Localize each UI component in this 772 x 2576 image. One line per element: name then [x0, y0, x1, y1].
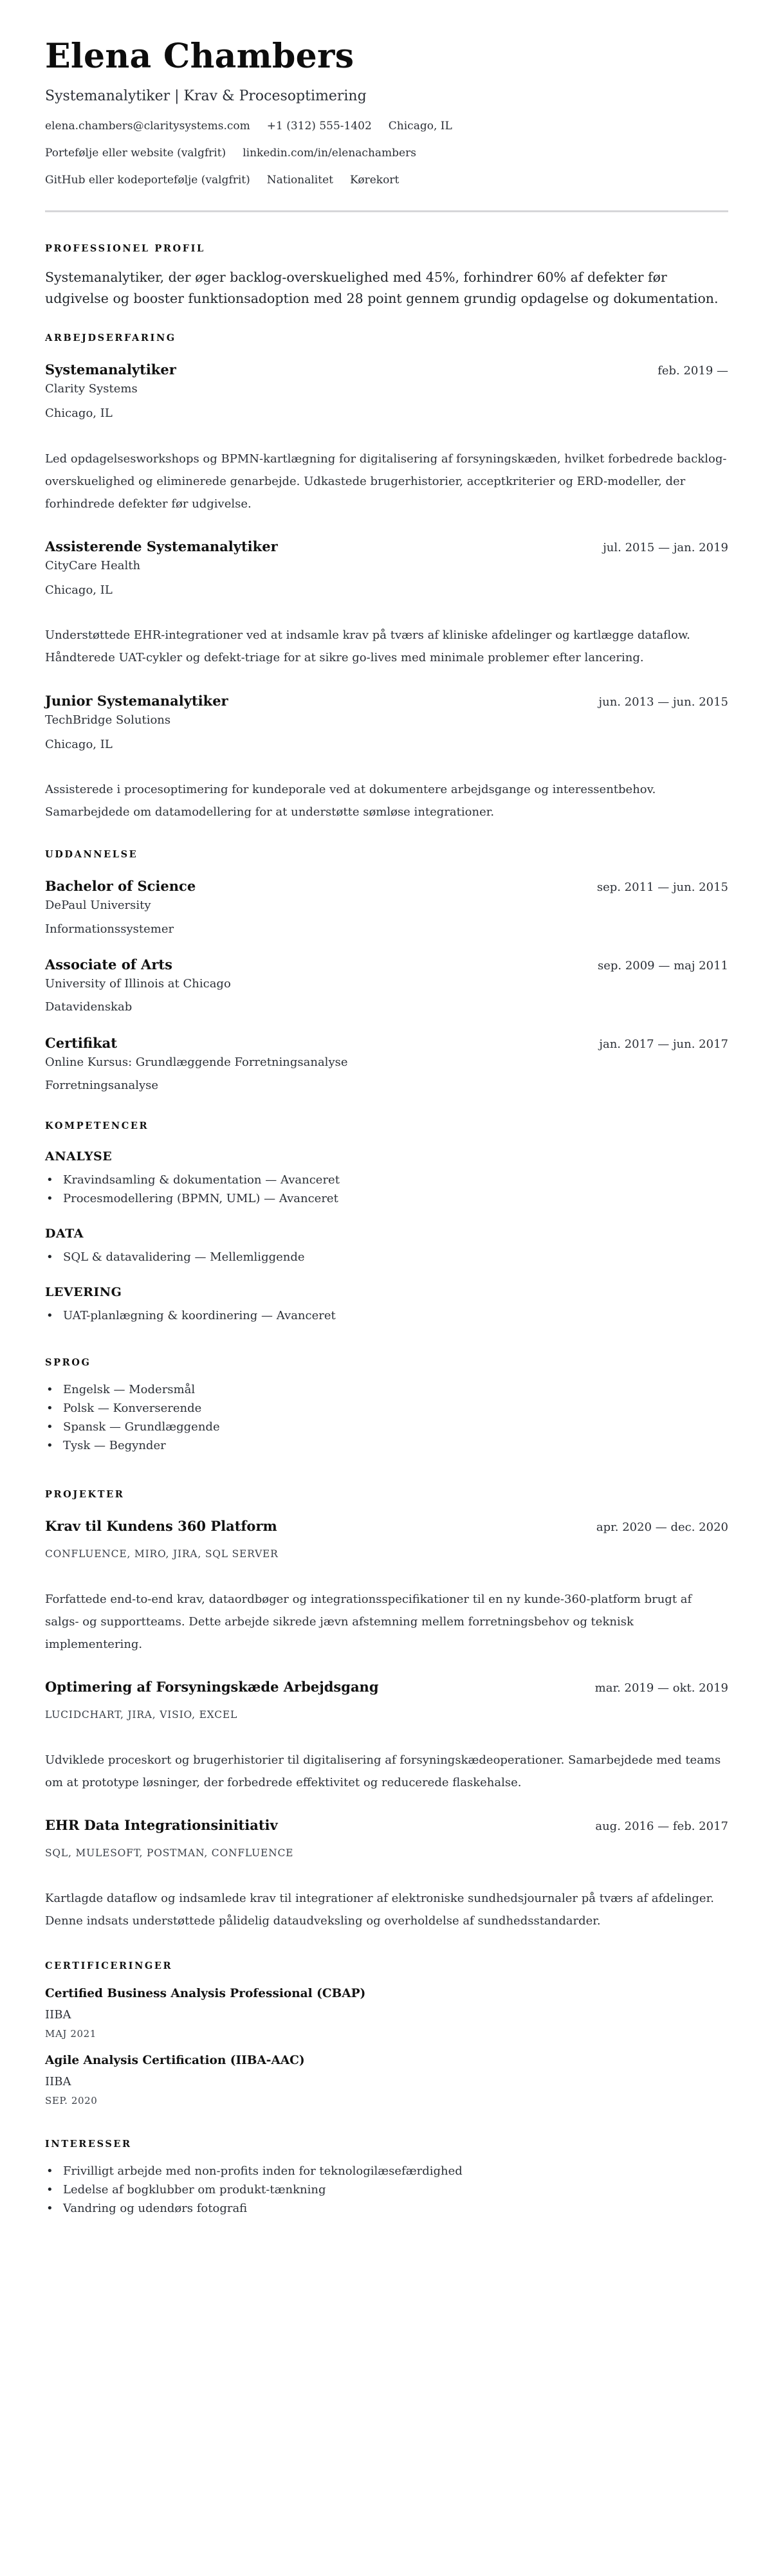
skill-group-title: ANALYSE: [45, 1149, 728, 1164]
field-of-study: Informationssystemer: [45, 922, 728, 937]
job-date: jul. 2015 — jan. 2019: [603, 541, 728, 554]
header-divider: [45, 210, 728, 212]
experience-section: ARBEJDSERFARING Systemanalytiker feb. 20…: [45, 333, 728, 823]
job-entry: Assisterende Systemanalytiker jul. 2015 …: [45, 538, 728, 670]
project-date: mar. 2019 — okt. 2019: [595, 1681, 728, 1695]
certification-entry: Agile Analysis Certification (IIBA-AAC) …: [45, 2054, 728, 2106]
profile-section: PROFESSIONEL PROFIL Systemanalytiker, de…: [45, 243, 728, 309]
certifications-section: CERTIFICERINGER Certified Business Analy…: [45, 1960, 728, 2106]
contact-portfolio[interactable]: Portefølje eller website (valgfrit): [45, 147, 226, 160]
contact-drivers-license: Kørekort: [350, 174, 399, 187]
contact-nationality: Nationalitet: [267, 174, 333, 187]
project-description: Kartlagde dataflow og indsamlede krav ti…: [45, 1887, 728, 1932]
job-title: Systemanalytiker: [45, 361, 176, 378]
project-date: aug. 2016 — feb. 2017: [595, 1820, 728, 1833]
job-date: feb. 2019 —: [657, 364, 728, 378]
job-entry: Systemanalytiker feb. 2019 — Clarity Sys…: [45, 361, 728, 515]
job-description: Understøttede EHR-integrationer ved at i…: [45, 624, 728, 669]
job-company: TechBridge Solutions: [45, 713, 728, 728]
skills-section: KOMPETENCER ANALYSE Kravindsamling & dok…: [45, 1120, 728, 1325]
certification-entry: Certified Business Analysis Professional…: [45, 1987, 728, 2040]
skill-group: LEVERING UAT-planlægning & koordinering …: [45, 1285, 728, 1326]
certification-issuer: IIBA: [45, 2075, 728, 2088]
education-date: sep. 2011 — jun. 2015: [597, 881, 728, 894]
certification-date: MAJ 2021: [45, 2028, 728, 2040]
degree-title: Associate of Arts: [45, 956, 172, 973]
skill-item: SQL & datavalidering — Mellemliggende: [45, 1248, 728, 1267]
education-entry: Associate of Arts sep. 2009 — maj 2011 U…: [45, 956, 728, 1016]
candidate-headline: Systemanalytiker | Krav & Procesoptimeri…: [45, 87, 728, 106]
job-entry: Junior Systemanalytiker jun. 2013 — jun.…: [45, 693, 728, 824]
certification-issuer: IIBA: [45, 2008, 728, 2022]
certification-date: SEP. 2020: [45, 2095, 728, 2106]
section-title-education: UDDANNELSE: [45, 849, 728, 860]
language-list: Engelsk — Modersmål Polsk — Konverserend…: [45, 1381, 728, 1455]
field-of-study: Datavidenskab: [45, 1000, 728, 1015]
interest-item: Frivilligt arbejde med non-profits inden…: [45, 2162, 728, 2181]
interest-item: Vandring og udendørs fotografi: [45, 2200, 728, 2218]
language-item: Polsk — Konverserende: [45, 1400, 728, 1418]
language-item: Engelsk — Modersmål: [45, 1381, 728, 1400]
contact-row-3: GitHub eller kodeportefølje (valgfrit)Na…: [45, 172, 728, 188]
language-item: Tysk — Begynder: [45, 1437, 728, 1456]
language-item: Spansk — Grundlæggende: [45, 1418, 728, 1437]
section-title-experience: ARBEJDSERFARING: [45, 333, 728, 343]
project-tools: LUCIDCHART, JIRA, VISIO, EXCEL: [45, 1709, 728, 1721]
education-section: UDDANNELSE Bachelor of Science sep. 2011…: [45, 849, 728, 1093]
project-title: EHR Data Integrationsinitiativ: [45, 1817, 278, 1833]
education-entry: Bachelor of Science sep. 2011 — jun. 201…: [45, 878, 728, 937]
job-description: Led opdagelsesworkshops og BPMN-kartlægn…: [45, 448, 728, 515]
section-title-projects: PROJEKTER: [45, 1489, 728, 1500]
school-name: University of Illinois at Chicago: [45, 976, 728, 992]
candidate-name: Elena Chambers: [45, 37, 728, 76]
field-of-study: Forretningsanalyse: [45, 1078, 728, 1093]
contact-github[interactable]: GitHub eller kodeportefølje (valgfrit): [45, 174, 250, 187]
contact-email[interactable]: elena.chambers@claritysystems.com: [45, 120, 250, 132]
resume-page: Elena Chambers Systemanalytiker | Krav &…: [0, 0, 772, 2244]
certification-name: Certified Business Analysis Professional…: [45, 1987, 728, 2000]
job-location: Chicago, IL: [45, 737, 728, 753]
languages-section: SPROG Engelsk — Modersmål Polsk — Konver…: [45, 1357, 728, 1455]
job-title: Assisterende Systemanalytiker: [45, 538, 278, 554]
interests-section: INTERESSER Frivilligt arbejde med non-pr…: [45, 2139, 728, 2218]
skill-list: UAT-planlægning & koordinering — Avancer…: [45, 1307, 728, 1326]
skill-group: DATA SQL & datavalidering — Mellemliggen…: [45, 1227, 728, 1267]
project-entry: EHR Data Integrationsinitiativ aug. 2016…: [45, 1817, 728, 1932]
project-tools: SQL, MULESOFT, POSTMAN, CONFLUENCE: [45, 1847, 728, 1859]
degree-title: Certifikat: [45, 1035, 117, 1051]
job-date: jun. 2013 — jun. 2015: [599, 695, 728, 709]
resume-header: Elena Chambers Systemanalytiker | Krav &…: [45, 37, 728, 212]
education-entry: Certifikat jan. 2017 — jun. 2017 Online …: [45, 1035, 728, 1094]
projects-section: PROJEKTER Krav til Kundens 360 Platform …: [45, 1489, 728, 1933]
project-description: Udviklede proceskort og brugerhistorier …: [45, 1749, 728, 1794]
job-description: Assisterede i procesoptimering for kunde…: [45, 778, 728, 823]
education-date: jan. 2017 — jun. 2017: [599, 1037, 728, 1051]
education-date: sep. 2009 — maj 2011: [598, 959, 728, 973]
project-entry: Krav til Kundens 360 Platform apr. 2020 …: [45, 1518, 728, 1656]
contact-phone[interactable]: +1 (312) 555-1402: [267, 120, 372, 132]
skill-item: UAT-planlægning & koordinering — Avancer…: [45, 1307, 728, 1326]
skill-item: Procesmodellering (BPMN, UML) — Avancere…: [45, 1190, 728, 1209]
project-entry: Optimering af Forsyningskæde Arbejdsgang…: [45, 1679, 728, 1794]
project-tools: CONFLUENCE, MIRO, JIRA, SQL SERVER: [45, 1548, 728, 1560]
profile-summary: Systemanalytiker, der øger backlog-overs…: [45, 267, 728, 309]
skill-group: ANALYSE Kravindsamling & dokumentation —…: [45, 1149, 728, 1209]
skill-item: Kravindsamling & dokumentation — Avancer…: [45, 1171, 728, 1190]
certification-name: Agile Analysis Certification (IIBA-AAC): [45, 2054, 728, 2067]
section-title-profile: PROFESSIONEL PROFIL: [45, 243, 728, 254]
job-title: Junior Systemanalytiker: [45, 693, 228, 709]
skill-list: Kravindsamling & dokumentation — Avancer…: [45, 1171, 728, 1209]
job-company: CityCare Health: [45, 558, 728, 574]
project-title: Optimering af Forsyningskæde Arbejdsgang: [45, 1679, 379, 1695]
interest-list: Frivilligt arbejde med non-profits inden…: [45, 2162, 728, 2218]
project-date: apr. 2020 — dec. 2020: [596, 1521, 728, 1534]
job-location: Chicago, IL: [45, 583, 728, 598]
interest-item: Ledelse af bogklubber om produkt-tænknin…: [45, 2181, 728, 2200]
contact-row-2: Portefølje eller website (valgfrit)linke…: [45, 145, 728, 161]
contact-linkedin[interactable]: linkedin.com/in/elenachambers: [243, 147, 416, 160]
skill-group-title: LEVERING: [45, 1285, 728, 1299]
skill-group-title: DATA: [45, 1227, 728, 1241]
contact-row-1: elena.chambers@claritysystems.com+1 (312…: [45, 118, 728, 134]
school-name: DePaul University: [45, 898, 728, 913]
job-location: Chicago, IL: [45, 406, 728, 421]
project-title: Krav til Kundens 360 Platform: [45, 1518, 277, 1534]
project-description: Forfattede end-to-end krav, dataordbøger…: [45, 1588, 728, 1656]
skill-list: SQL & datavalidering — Mellemliggende: [45, 1248, 728, 1267]
section-title-languages: SPROG: [45, 1357, 728, 1368]
section-title-interests: INTERESSER: [45, 2139, 728, 2150]
school-name: Online Kursus: Grundlæggende Forretnings…: [45, 1055, 728, 1070]
section-title-certifications: CERTIFICERINGER: [45, 1960, 728, 1971]
section-title-skills: KOMPETENCER: [45, 1120, 728, 1131]
degree-title: Bachelor of Science: [45, 878, 196, 894]
job-company: Clarity Systems: [45, 381, 728, 397]
contact-location: Chicago, IL: [389, 120, 452, 132]
